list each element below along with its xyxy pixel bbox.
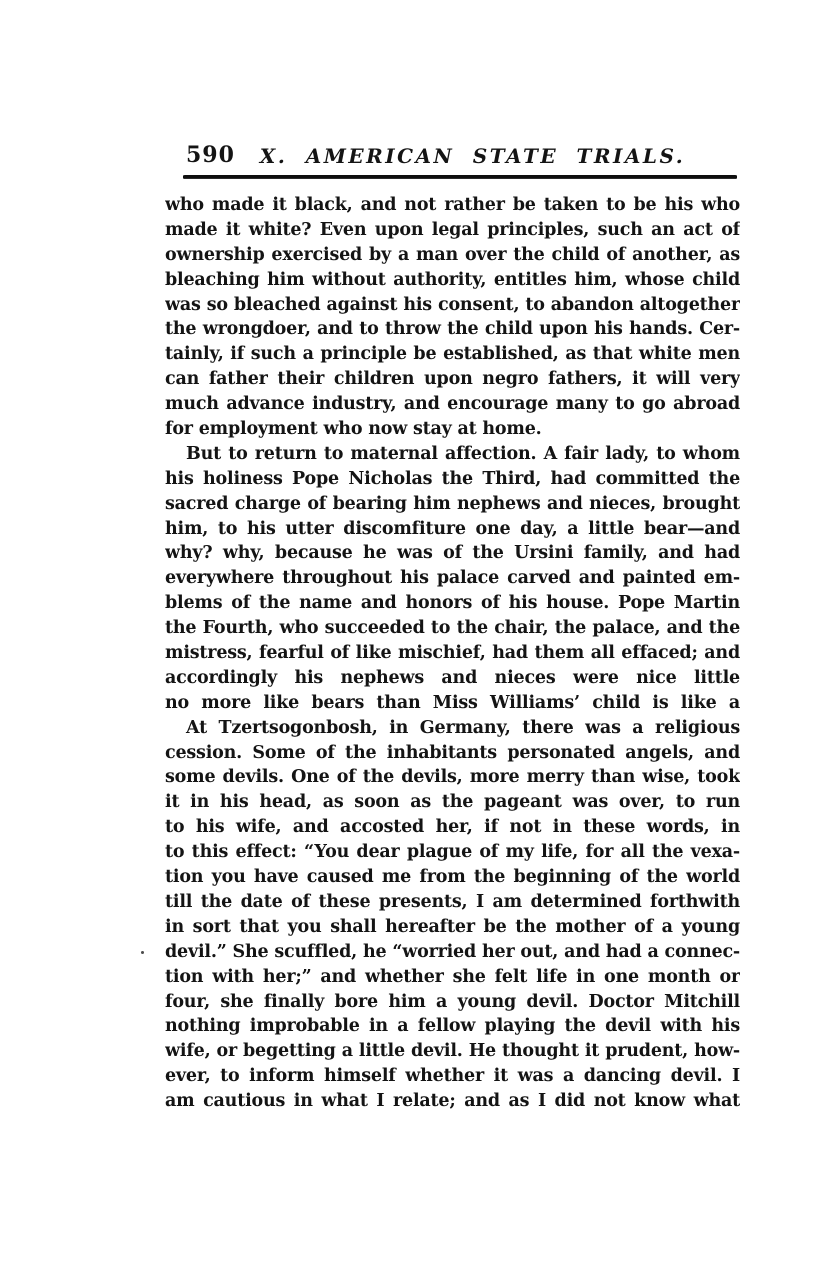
text-line: his holiness Pope Nicholas the Third, ha… — [165, 467, 740, 492]
text-line: But to return to maternal affection. A f… — [165, 442, 740, 467]
text-line: it in his head, as soon as the pageant w… — [165, 790, 740, 815]
book-page: 590 X. AMERICAN STATE TRIALS. who made i… — [0, 0, 836, 1284]
text-line: can father their children upon negro fat… — [165, 367, 740, 392]
text-line: no more like bears than Miss Williams’ c… — [165, 691, 740, 716]
text-line: devil.” She scuffled, he “worried her ou… — [165, 940, 740, 965]
text-line: sacred charge of bearing him nephews and… — [165, 492, 740, 517]
text-line: who made it black, and not rather be tak… — [165, 193, 740, 218]
text-line: wife, or begetting a little devil. He th… — [165, 1039, 740, 1064]
text-block: who made it black, and not rather be tak… — [165, 193, 740, 1114]
running-title: X. AMERICAN STATE TRIALS. — [165, 144, 740, 168]
paragraph: who made it black, and not rather be tak… — [165, 193, 740, 442]
text-line: tion you have caused me from the beginni… — [165, 865, 740, 890]
page-header: 590 X. AMERICAN STATE TRIALS. — [165, 141, 740, 173]
scan-speck — [141, 951, 144, 954]
text-line: ownership exercised by a man over the ch… — [165, 243, 740, 268]
text-line: mistress, fearful of like mischief, had … — [165, 641, 740, 666]
text-line: the Fourth, who succeeded to the chair, … — [165, 616, 740, 641]
text-line: for employment who now stay at home. — [165, 417, 740, 442]
text-line: was so bleached against his consent, to … — [165, 293, 740, 318]
text-line: At Tzertsogonbosh, in Germany, there was… — [165, 716, 740, 741]
text-line: am cautious in what I relate; and as I d… — [165, 1089, 740, 1114]
text-line: ever, to inform himself whether it was a… — [165, 1064, 740, 1089]
text-line: tion with her;” and whether she felt lif… — [165, 965, 740, 990]
text-line: accordingly his nephews and nieces were … — [165, 666, 740, 691]
text-line: everywhere throughout his palace carved … — [165, 566, 740, 591]
text-line: much advance industry, and encourage man… — [165, 392, 740, 417]
text-line: in sort that you shall hereafter be the … — [165, 915, 740, 940]
header-rule — [183, 175, 737, 179]
text-line: nothing improbable in a fellow playing t… — [165, 1014, 740, 1039]
paragraph: At Tzertsogonbosh, in Germany, there was… — [165, 716, 740, 1114]
text-line: till the date of these presents, I am de… — [165, 890, 740, 915]
text-line: cession. Some of the inhabitants persona… — [165, 741, 740, 766]
text-line: made it white? Even upon legal principle… — [165, 218, 740, 243]
text-line: why? why, because he was of the Ursini f… — [165, 541, 740, 566]
text-line: him, to his utter discomfiture one day, … — [165, 517, 740, 542]
text-line: tainly, if such a principle be establish… — [165, 342, 740, 367]
text-line: the wrongdoer, and to throw the child up… — [165, 317, 740, 342]
paragraph: But to return to maternal affection. A f… — [165, 442, 740, 716]
text-line: some devils. One of the devils, more mer… — [165, 765, 740, 790]
text-line: four, she finally bore him a young devil… — [165, 990, 740, 1015]
text-line: blems of the name and honors of his hous… — [165, 591, 740, 616]
text-line: bleaching him without authority, entitle… — [165, 268, 740, 293]
text-line: to this effect: “You dear plague of my l… — [165, 840, 740, 865]
text-line: to his wife, and accosted her, if not in… — [165, 815, 740, 840]
